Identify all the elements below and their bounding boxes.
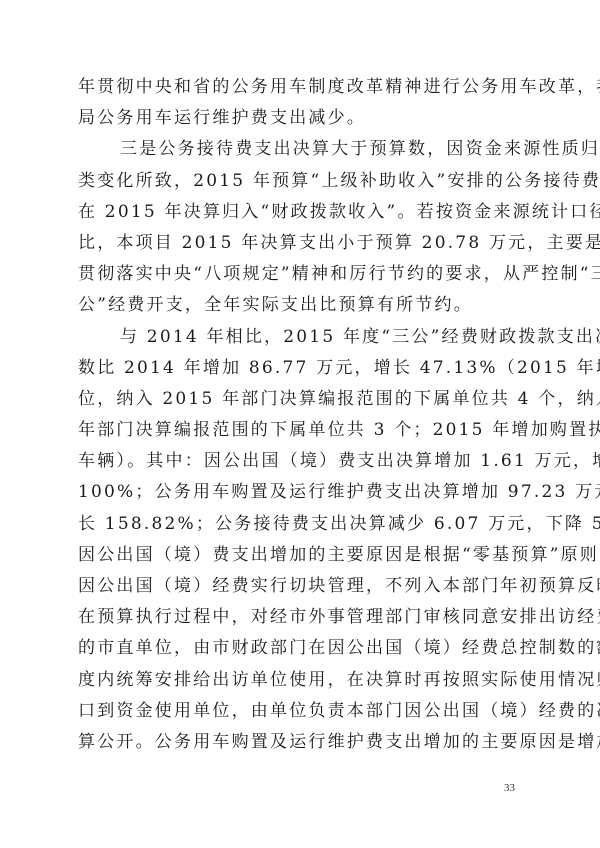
text-line: 因公出国（境）经费实行切块管理，不列入本部门年初预算反映。 [78,571,524,602]
text-line: 类变化所致，2015 年预算“上级补助收入”安排的公务接待费， [78,166,524,197]
text-line: 年贯彻中央和省的公务用车制度改革精神进行公务用车改革，我 [78,72,524,103]
text-line: 100%；公务用车购置及运行维护费支出决算增加 97.23 万元，增 [78,477,524,508]
text-line: 度内统筹安排给出访单位使用，在决算时再按照实际使用情况归 [78,665,524,696]
text-line: 贯彻落实中央“八项规定”精神和厉行节约的要求，从严控制“三 [78,259,524,290]
text-line: 位，纳入 2015 年部门决算编报范围的下属单位共 4 个，纳入 2014 [78,384,524,415]
text-line: 局公务用车运行维护费支出减少。 [78,103,524,134]
text-line: 比，本项目 2015 年决算支出小于预算 20.78 万元，主要是认真 [78,228,524,259]
text-line: 口到资金使用单位，由单位负责本部门因公出国（境）经费的决 [78,696,524,727]
text-line: 因公出国（境）费支出增加的主要原因是根据“零基预算”原则， [78,540,524,571]
text-line: 车辆）。其中：因公出国（境）费支出决算增加 1.61 万元，增长 [78,446,524,477]
text-line: 的市直单位，由市财政部门在因公出国（境）经费总控制数的额 [78,633,524,664]
text-line: 在预算执行过程中，对经市外事管理部门审核同意安排出访经费 [78,602,524,633]
body-text: 年贯彻中央和省的公务用车制度改革精神进行公务用车改革，我局公务用车运行维护费支出… [78,72,524,758]
text-line: 公”经费开支，全年实际支出比预算有所节约。 [78,290,524,321]
text-line: 数比 2014 年增加 86.77 万元，增长 47.13%（2015 年增加决… [78,353,524,384]
text-line: 长 158.82%；公务接待费支出决算减少 6.07 万元，下降 52.50%。 [78,509,524,540]
text-line: 在 2015 年决算归入“财政拨款收入”。若按资金来源统计口径对 [78,197,524,228]
text-line: 年部门决算编报范围的下属单位共 3 个；2015 年增加购置执法 [78,415,524,446]
text-line: 三是公务接待费支出决算大于预算数，因资金来源性质归 [78,134,524,165]
text-line: 算公开。公务用车购置及运行维护费支出增加的主要原因是增加 [78,727,524,758]
document-page: 年贯彻中央和省的公务用车制度改革精神进行公务用车改革，我局公务用车运行维护费支出… [0,0,600,848]
text-line: 与 2014 年相比，2015 年度“三公”经费财政拨款支出决算 [78,322,524,353]
page-number: 33 [504,782,515,794]
